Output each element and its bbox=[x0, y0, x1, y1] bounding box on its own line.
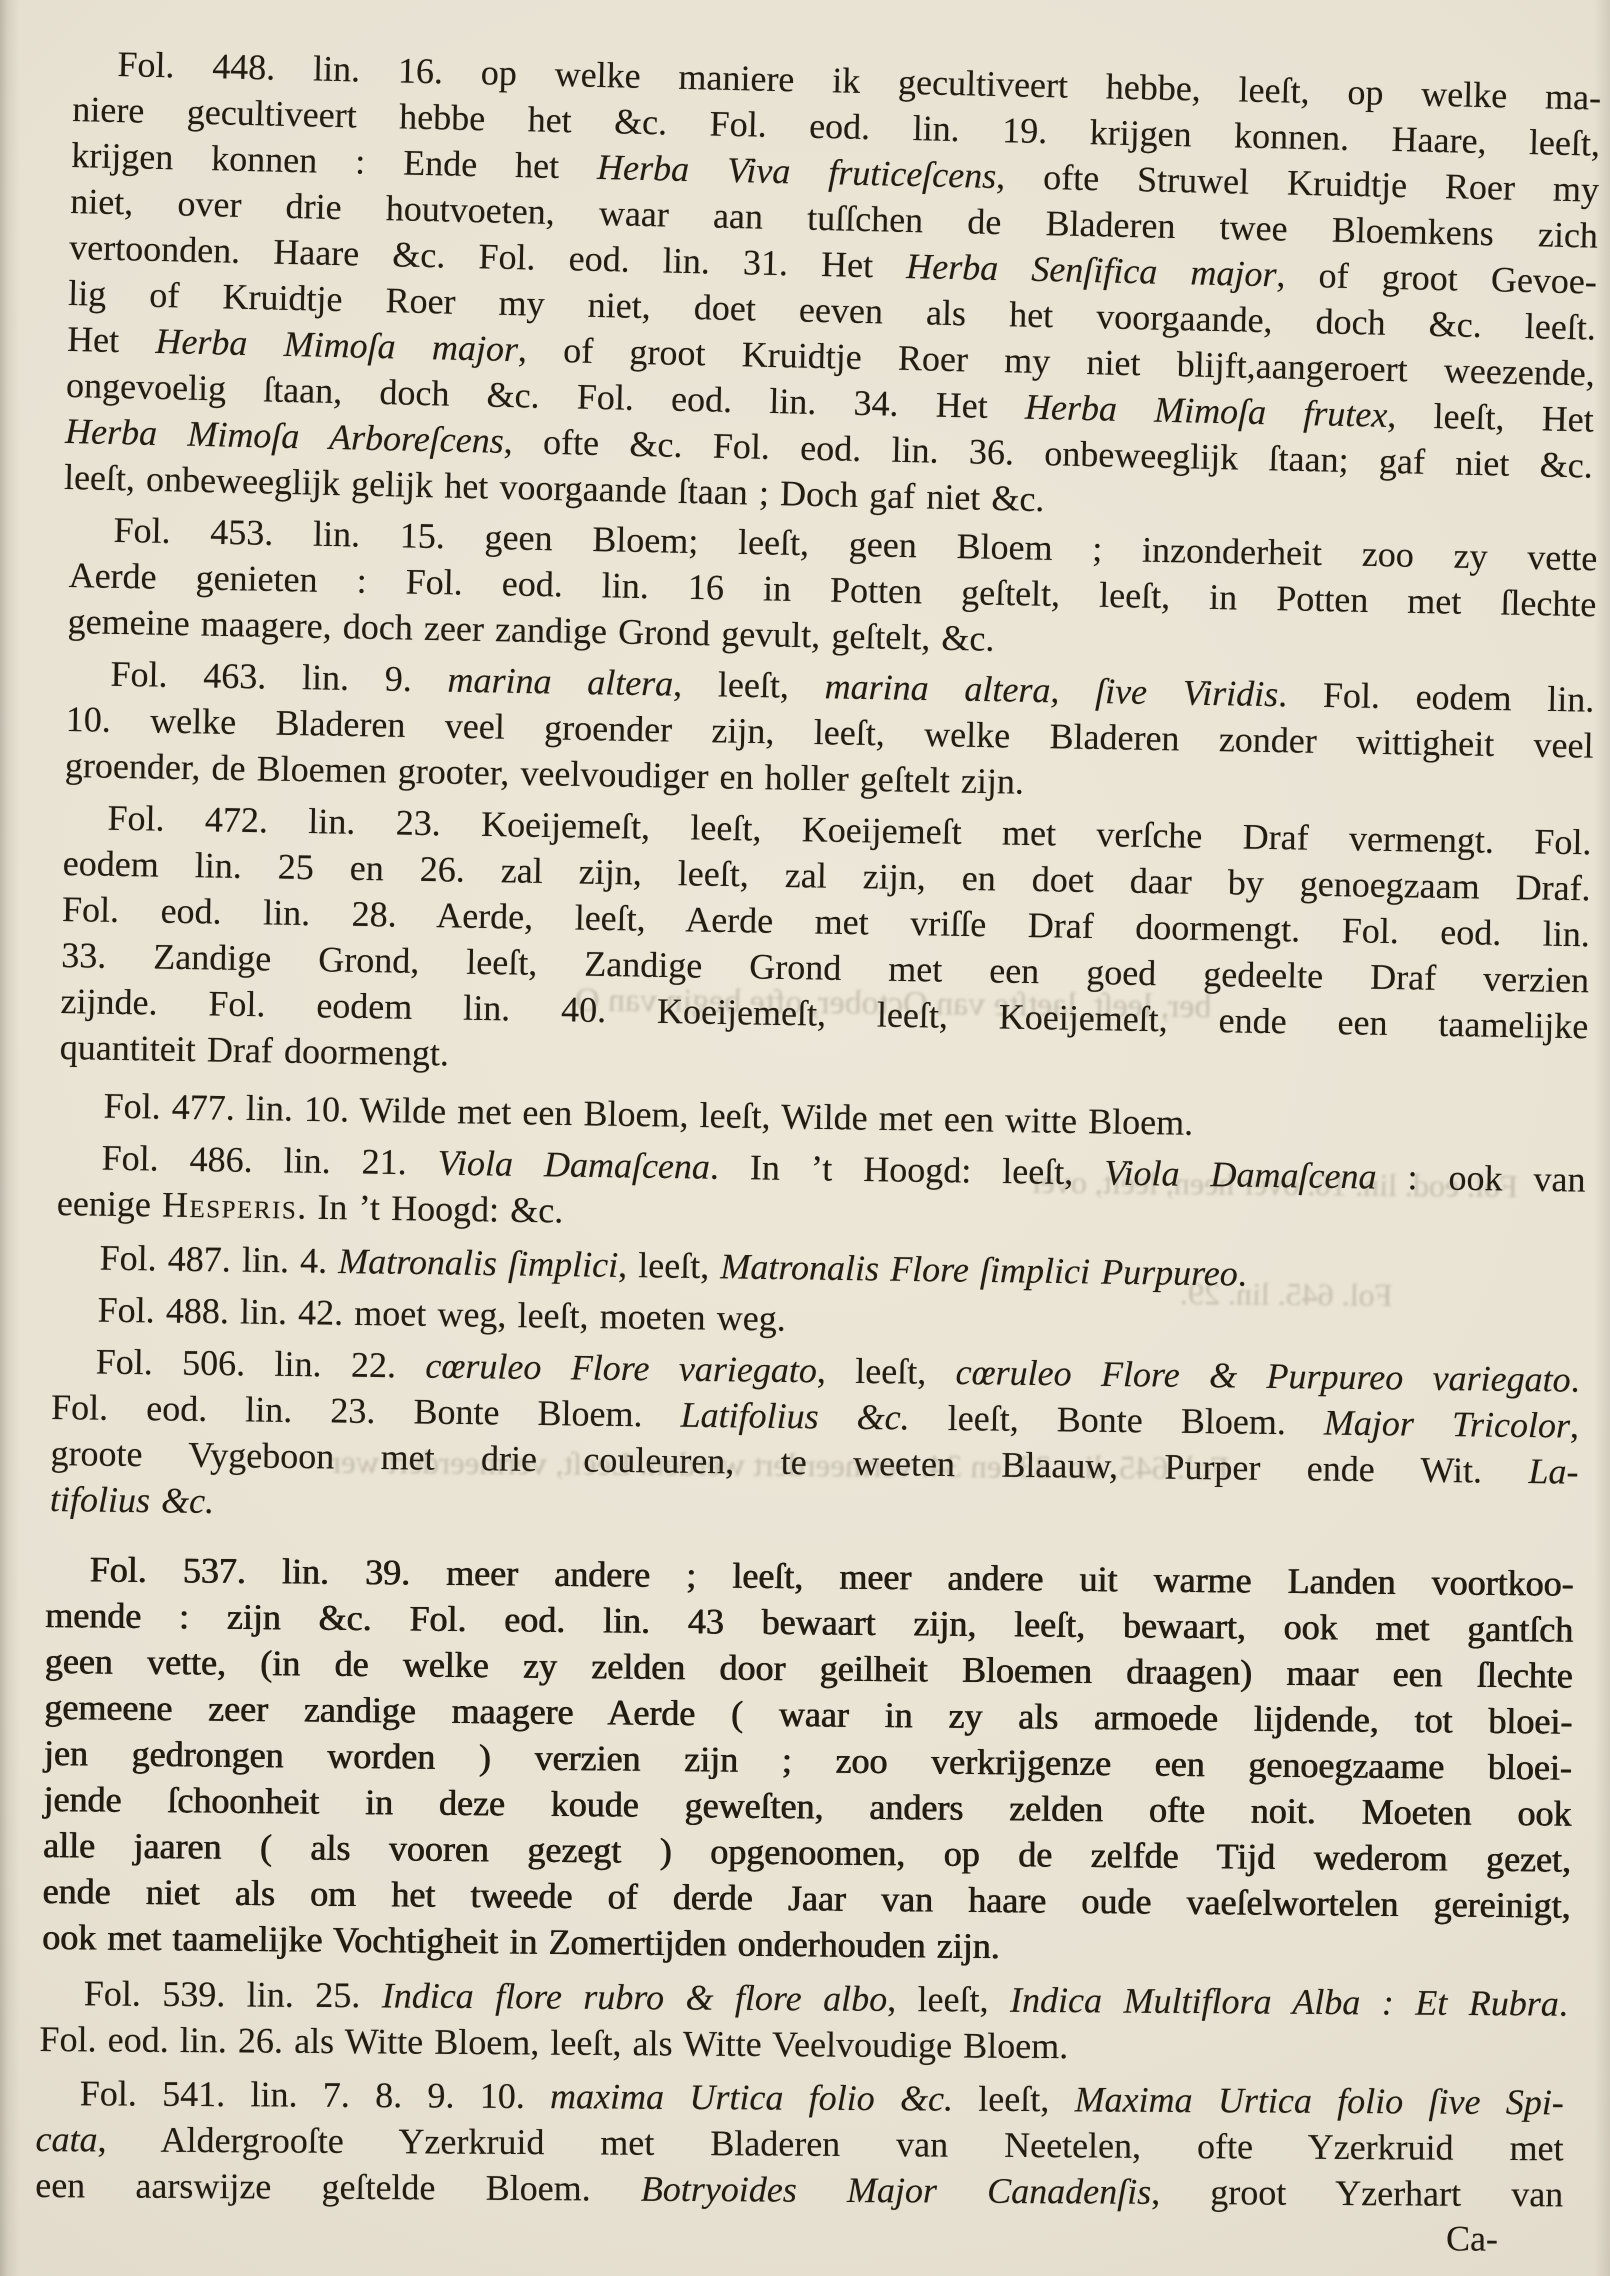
italic-text-segment: Maxima Urtica folio ſive Spi- bbox=[1075, 2079, 1564, 2122]
text-segment: , bbox=[1570, 1406, 1579, 1446]
text-segment: Fol. 539. lin. 25. bbox=[84, 1973, 382, 2015]
italic-text-segment: maxima Urtica folio &c. bbox=[550, 2076, 953, 2118]
italic-text-segment: marina altera bbox=[447, 660, 673, 704]
text-segment: leeſt, bbox=[953, 2079, 1075, 2120]
italic-text-segment: Indica flore rubro & flore albo bbox=[382, 1975, 888, 2019]
book-page-scan: ber, leeſt, laetſte van October, ofte be… bbox=[0, 0, 1610, 2276]
errata-paragraph: Fol. 486. lin. 21. Viola Damaſcena. In ’… bbox=[57, 1134, 1586, 1249]
italic-text-segment: cœruleo Flore & Purpureo variegato bbox=[955, 1352, 1570, 1400]
errata-paragraph: Fol. 541. lin. 7. 8. 9. 10. maxima Urtic… bbox=[35, 2070, 1564, 2217]
text-segment: , leeſt, bbox=[618, 1245, 721, 1286]
italic-text-segment: tifolius &c. bbox=[50, 1479, 215, 1521]
text-segment: . In ’t Hoogd: leeſt, bbox=[710, 1147, 1105, 1193]
text-segment: , Aldergrooſte Yzerkruid met Bladeren va… bbox=[97, 2119, 1563, 2168]
text-segment: . bbox=[1570, 1360, 1579, 1400]
errata-paragraph: Fol. 463. lin. 9. marina altera, leeſt, … bbox=[65, 650, 1595, 815]
italic-text-segment: Matronalis ſimplici bbox=[338, 1241, 618, 1285]
italic-text-segment: Matronalis Flore ſimplici Purpureo bbox=[720, 1246, 1238, 1293]
italic-text-segment: Major Tricolor bbox=[1324, 1403, 1571, 1446]
italic-text-segment: Herba Mimoſa major bbox=[155, 321, 518, 369]
catchword: Ca- bbox=[34, 2208, 1562, 2262]
text-segment: Fol. eod. lin. 26. als Witte Bloem, leeſ… bbox=[39, 2019, 1068, 2066]
text-segment: . bbox=[1559, 1984, 1568, 2024]
text-segment: . Fol. eodem lin. bbox=[1278, 674, 1595, 720]
errata-paragraph: Fol. 539. lin. 25. Indica flore rubro & … bbox=[39, 1970, 1568, 2073]
text-segment: Fol. 506. lin. 22. bbox=[95, 1342, 425, 1386]
text-segment: een aarswijze geſtelde Bloem. bbox=[35, 2165, 641, 2209]
errata-paragraph: Fol. 453. lin. 15. geen Bloem; leeſt, ge… bbox=[67, 506, 1597, 673]
italic-text-segment: Indica Multiflora Alba : Et Rubra bbox=[1010, 1980, 1559, 2024]
italic-text-segment: La- bbox=[1528, 1451, 1579, 1492]
errata-paragraph: Fol. 448. lin. 16. op welke maniere ik g… bbox=[64, 40, 1602, 535]
smallcaps-text-segment: Hesperis bbox=[162, 1185, 298, 1227]
errata-paragraph: Fol. 537. lin. 39. meer andere ; leeſt, … bbox=[42, 1546, 1574, 1975]
text-segment: Fol. 487. lin. 4. bbox=[99, 1238, 338, 1281]
italic-text-segment: cata bbox=[35, 2119, 97, 2159]
text-segment: , leeſt, bbox=[887, 1979, 1010, 2020]
italic-text-segment: marina altera, ſive Viridis bbox=[824, 666, 1278, 714]
text-segment: , groot Yzerhart van bbox=[1151, 2172, 1563, 2215]
text-segment: leeſt, Bonte Bloem. bbox=[909, 1397, 1324, 1442]
errata-text-block: Fol. 448. lin. 16. op welke maniere ik g… bbox=[0, 0, 1610, 2258]
italic-text-segment: Viola Damaſcena bbox=[437, 1143, 710, 1187]
text-segment: quantiteit Draf doormengt. bbox=[59, 1027, 449, 1073]
text-segment: Fol. 486. lin. 21. bbox=[101, 1138, 438, 1183]
text-segment: Fol. 477. lin. 10. Wilde met een Bloem, … bbox=[103, 1086, 1193, 1143]
errata-paragraph: Fol. 506. lin. 22. cœruleo Flore variega… bbox=[50, 1338, 1580, 1541]
text-segment: , leeſt, bbox=[817, 1350, 956, 1392]
italic-text-segment: Viola Damaſcena bbox=[1104, 1153, 1377, 1197]
italic-text-segment: cœruleo Flore variegato bbox=[425, 1346, 817, 1391]
italic-text-segment: Botryoides Major Canadenſis bbox=[641, 2169, 1152, 2212]
text-segment: . bbox=[1238, 1254, 1248, 1294]
text-segment: Fol. 541. lin. 7. 8. 9. 10. bbox=[80, 2073, 551, 2116]
text-segment: ook met taamelijke Vochtigheit in Zomert… bbox=[42, 1917, 1000, 1966]
text-segment: Het bbox=[67, 319, 156, 361]
errata-paragraph: Fol. 472. lin. 23. Koeijemeſt, leeſt, Ko… bbox=[59, 794, 1591, 1095]
italic-text-segment: Herba Mimoſa frutex bbox=[1025, 387, 1388, 435]
text-segment: Fol. eod. lin. 23. Bonte Bloem. bbox=[51, 1387, 681, 1435]
text-segment: , leeſt, Het bbox=[1387, 395, 1594, 440]
text-segment: . In ’t Hoogd: &c. bbox=[297, 1187, 564, 1231]
text-segment: : ook van bbox=[1376, 1157, 1586, 1200]
italic-text-segment: Latifolius &c. bbox=[680, 1395, 910, 1438]
italic-text-segment: Herba Viva fruticeſcens bbox=[597, 147, 997, 196]
text-segment: , of groot Gevoe- bbox=[1276, 254, 1597, 301]
italic-text-segment: Herba Mimoſa Arboreſcens bbox=[65, 411, 505, 461]
text-segment: Fol. 488. lin. 42. moet weg, leeſt, moet… bbox=[97, 1290, 786, 1339]
text-segment: Fol. 463. lin. 9. bbox=[110, 654, 448, 700]
italic-text-segment: Herba Senſifica major bbox=[906, 246, 1277, 294]
text-segment: , leeſt, bbox=[673, 664, 825, 707]
text-segment: eenige bbox=[57, 1183, 163, 1225]
